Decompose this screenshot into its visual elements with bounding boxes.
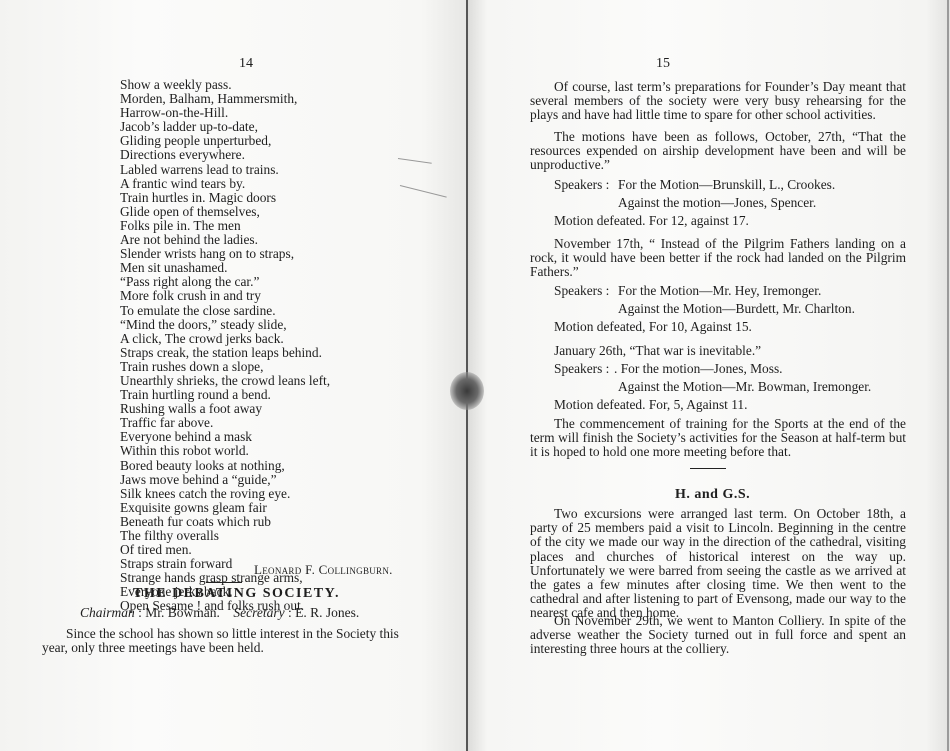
- poem-line: Silk knees catch the roving eye.: [120, 487, 420, 501]
- poem-line: Rushing walls a foot away: [120, 402, 420, 416]
- motion3-speakers-label: Speakers :: [554, 361, 609, 377]
- motion2-for: For the Motion—Mr. Hey, Iremonger.: [618, 283, 821, 299]
- poem-line: Folks pile in. The men: [120, 219, 420, 233]
- poem-line: “Mind the doors,” steady slide,: [120, 318, 420, 332]
- motion2-against: Against the Motion—Burdett, Mr. Charlton…: [618, 301, 855, 317]
- poem-line: Morden, Balham, Hammersmith,: [120, 92, 420, 106]
- poem-line: Straps creak, the station leaps behind.: [120, 346, 420, 360]
- poem-line: More folk crush in and try: [120, 289, 420, 303]
- hgs-paragraph-2: On November 29th, we went to Manton Coll…: [530, 614, 906, 657]
- poem-line: Directions everywhere.: [120, 148, 420, 162]
- motion1-against: Against the motion—Jones, Spencer.: [618, 195, 816, 211]
- poem-author: Leonard F. Collingburn.: [254, 562, 393, 578]
- motion2-speakers-label: Speakers :: [554, 283, 609, 299]
- motion1-result: Motion defeated. For 12, against 17.: [554, 213, 749, 229]
- chairman-label: Chairman: [80, 605, 135, 620]
- poem-line: A frantic wind tears by.: [120, 177, 420, 191]
- left-page: 14 Show a weekly pass.Morden, Balham, Ha…: [0, 0, 468, 751]
- closing-paragraph: The commencement of training for the Spo…: [530, 417, 906, 460]
- motion3-against: Against the Motion—Mr. Bowman, Iremonger…: [618, 379, 871, 395]
- page-number-right: 15: [643, 56, 683, 72]
- poem-line: Are not behind the ladies.: [120, 233, 420, 247]
- hgs-title: H. and G.S.: [675, 487, 750, 503]
- debating-society-title: THE DEBATING SOCIETY.: [133, 586, 340, 602]
- hgs-paragraph-1: Two excursions were arranged last term. …: [530, 507, 906, 621]
- page-number-left: 14: [226, 56, 266, 72]
- poem-line: To emulate the close sardine.: [120, 304, 420, 318]
- chairman-value: : Mr. Bowman.: [138, 605, 220, 620]
- motions-intro-paragraph: The motions have been as follows, Octobe…: [530, 130, 906, 173]
- debating-officers: Chairman : Mr. Bowman. Secretary : E. R.…: [80, 605, 359, 621]
- right-page: 15 Of course, last term’s preparations f…: [468, 0, 950, 751]
- poem-line: Traffic far above.: [120, 416, 420, 430]
- poem-line: Jacob’s ladder up-to-date,: [120, 120, 420, 134]
- binding-stain: [450, 372, 484, 410]
- poem-line: A click, The crowd jerks back.: [120, 332, 420, 346]
- founders-day-paragraph: Of course, last term’s preparations for …: [530, 80, 906, 123]
- poem-line: Glide open of themselves,: [120, 205, 420, 219]
- book-spread: 14 Show a weekly pass.Morden, Balham, Ha…: [0, 0, 950, 751]
- poem-line: Beneath fur coats which rub: [120, 515, 420, 529]
- motion3-intro: January 26th, “That war is inevitable.”: [554, 343, 761, 359]
- poem-line: Of tired men.: [120, 543, 420, 557]
- poem-line: The filthy overalls: [120, 529, 420, 543]
- motion2-result: Motion defeated, For 10, Against 15.: [554, 319, 752, 335]
- poem-line: Harrow-on-the-Hill.: [120, 106, 420, 120]
- poem-line: “Pass right along the car.”: [120, 275, 420, 289]
- secretary-label: Secretary: [233, 605, 284, 620]
- section-divider: [690, 468, 726, 469]
- secretary-value: : E. R. Jones.: [288, 605, 359, 620]
- poem-line: Within this robot world.: [120, 444, 420, 458]
- motion3-result: Motion defeated. For, 5, Against 11.: [554, 397, 747, 413]
- section-divider: [206, 582, 242, 583]
- motion1-for: For the Motion—Brunskill, L., Crookes.: [618, 177, 835, 193]
- poem-line: Slender wrists hang on to straps,: [120, 247, 420, 261]
- poem-line: Men sit unashamed.: [120, 261, 420, 275]
- poem: Show a weekly pass.Morden, Balham, Hamme…: [120, 78, 420, 614]
- poem-line: Exquisite gowns gleam fair: [120, 501, 420, 515]
- poem-line: Labled warrens lead to trains.: [120, 163, 420, 177]
- poem-line: Jaws move behind a “guide,”: [120, 473, 420, 487]
- motion1-speakers-label: Speakers :: [554, 177, 609, 193]
- poem-line: Train hurtling round a bend.: [120, 388, 420, 402]
- motion3-for: . For the motion—Jones, Moss.: [614, 361, 783, 377]
- poem-line: Gliding people unperturbed,: [120, 134, 420, 148]
- debating-intro-line-2: year, only three meetings have been held…: [42, 640, 264, 656]
- poem-line: Everyone behind a mask: [120, 430, 420, 444]
- poem-line: Bored beauty looks at nothing,: [120, 459, 420, 473]
- poem-line: Show a weekly pass.: [120, 78, 420, 92]
- poem-line: Train rushes down a slope,: [120, 360, 420, 374]
- page-edge: [947, 0, 949, 751]
- poem-line: Train hurtles in. Magic doors: [120, 191, 420, 205]
- poem-line: Unearthly shrieks, the crowd leans left,: [120, 374, 420, 388]
- motion2-intro-paragraph: November 17th, “ Instead of the Pilgrim …: [530, 237, 906, 280]
